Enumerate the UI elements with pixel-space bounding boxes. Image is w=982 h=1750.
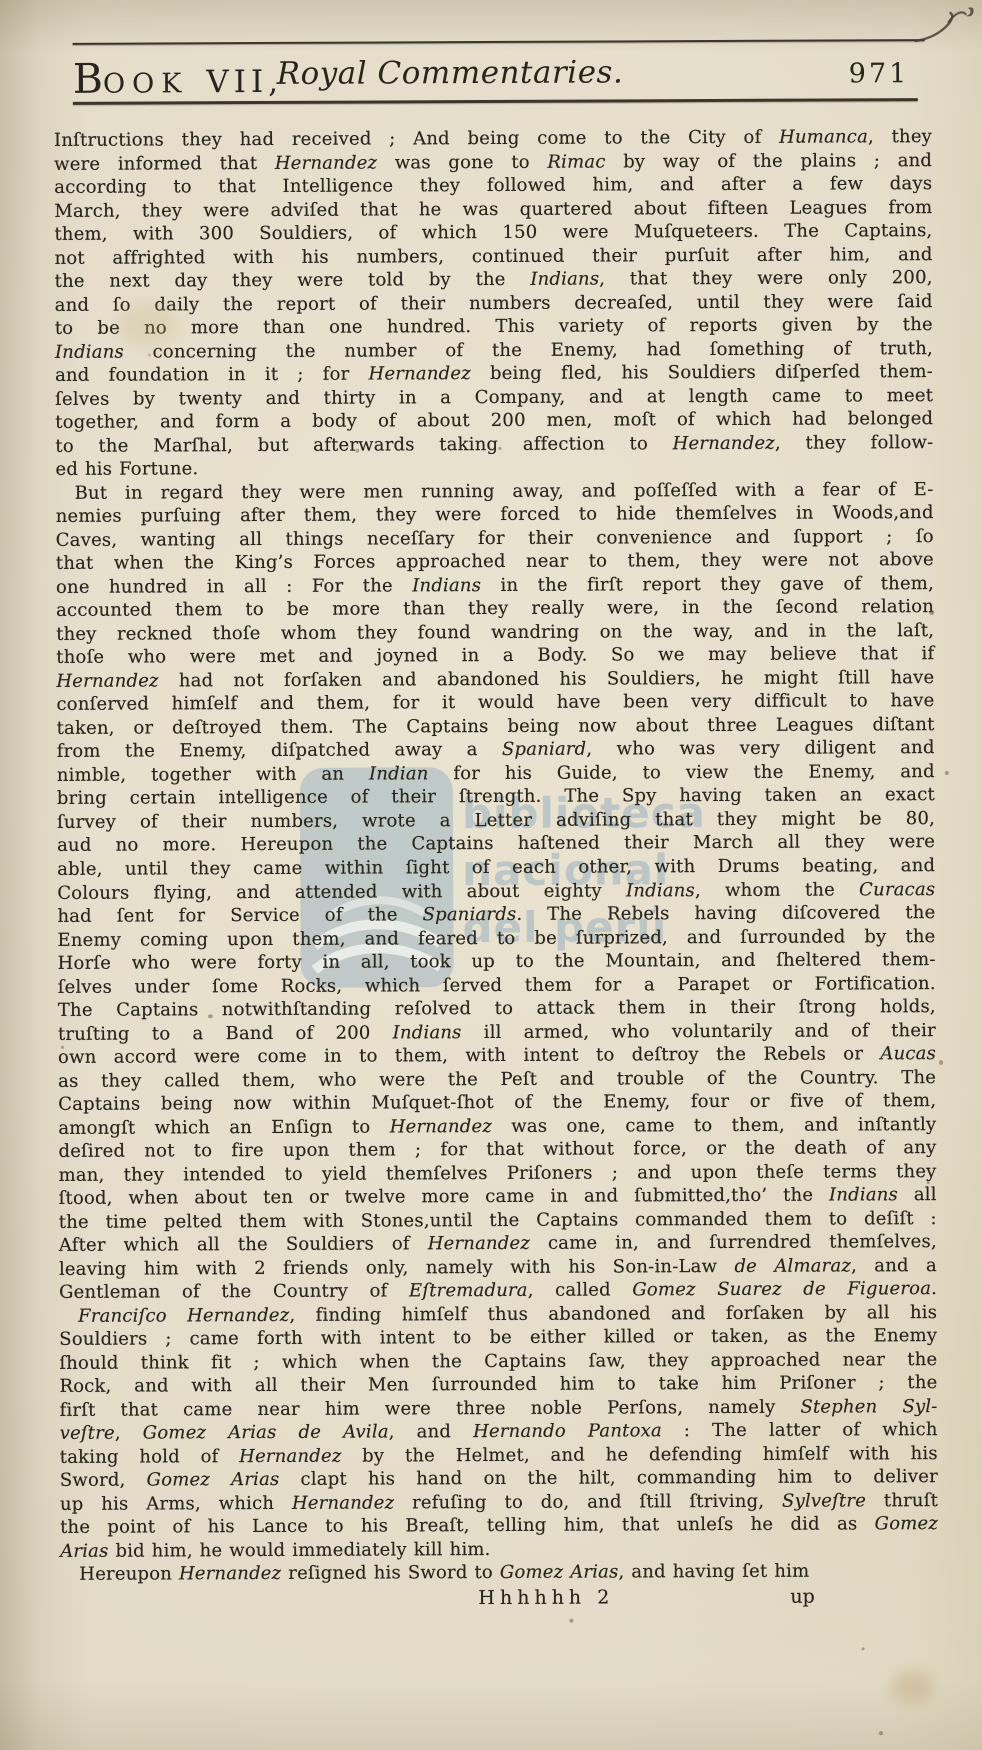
page-header: BOOKVII, Royal Commentaries. 971: [0, 0, 978, 2]
running-title-book: BOOKVII,: [73, 54, 284, 103]
header-rule-top: [73, 39, 925, 45]
fox-spot: [927, 1181, 930, 1184]
text-line: The Captains notwithſtanding reſolved to…: [58, 995, 936, 1022]
text-line: Hereupon Hernandez reſigned his Sword to…: [60, 1560, 938, 1587]
paragraph: Inſtructions they had received ; And bei…: [54, 125, 934, 482]
text-line: together, and form a body of about 200 m…: [55, 407, 933, 434]
text-line: and foundation in it ; for Hernandez bei…: [55, 360, 933, 387]
text-line: had ſent for Service of the Spaniards. T…: [57, 901, 935, 928]
fox-spot: [862, 1647, 865, 1650]
paragraph: But in regard they were men running away…: [56, 478, 938, 1305]
paragraph: Hereupon Hernandez reſigned his Sword to…: [60, 1560, 938, 1587]
text-line: that when the King’s Forces approached n…: [56, 548, 934, 575]
fox-spot: [929, 610, 934, 615]
text-line: own accord were come in to them, with in…: [58, 1042, 936, 1069]
text-line: After which all the Souldiers of Hernand…: [59, 1230, 937, 1257]
text-line: the next day they were told by the India…: [55, 266, 933, 293]
signature-mark: Hhhhhh 2: [478, 1586, 614, 1609]
text-line: nemies purſuing after them, they were fo…: [56, 501, 934, 528]
book-initial: B: [73, 55, 103, 103]
fox-spot: [945, 771, 949, 775]
fox-spot: [939, 1060, 943, 1065]
text-line: to be no more than one hundred. This var…: [55, 313, 933, 340]
fox-spot: [355, 449, 359, 453]
text-line: ſtood, when about ten or twelve more cam…: [59, 1183, 937, 1210]
text-line: the point of his Lance to his Breaſt, te…: [60, 1512, 938, 1539]
text-line: Gentleman of the Country of Eſtremadura,…: [59, 1277, 937, 1304]
catchword: up: [790, 1586, 815, 1608]
page-content: BOOKVII, Royal Commentaries. 971 bibliot…: [0, 0, 982, 1750]
text-line: Horſe who were forty in all, took up to …: [58, 948, 936, 975]
text-line: accounted them to be more than they real…: [56, 595, 934, 622]
text-line: according to that Intelligence they foll…: [54, 172, 932, 199]
text-block: Inſtructions they had received ; And bei…: [54, 125, 938, 1587]
book-page: BOOKVII, Royal Commentaries. 971 bibliot…: [0, 0, 982, 1750]
text-line: them, with 300 Souldiers, of which 150 w…: [54, 219, 932, 246]
text-line: Souldiers ; came forth with intent to be…: [59, 1324, 937, 1351]
fox-spot: [208, 1014, 213, 1018]
book-rest: OOK: [103, 68, 189, 99]
stain-blotch: [118, 301, 178, 347]
flourish-icon: [914, 2, 976, 48]
paragraph: Franciſco Hernandez, finding himſelf thu…: [59, 1301, 938, 1564]
running-title: Royal Commentaries.: [277, 54, 624, 92]
fox-spot: [569, 1619, 573, 1623]
fox-spot: [879, 1731, 883, 1735]
text-line: deſired not to fire upon them ; for that…: [58, 1136, 936, 1163]
page-number: 971: [849, 58, 910, 89]
text-line: Inſtructions they had received ; And bei…: [54, 125, 932, 152]
stain-blotch: [892, 1670, 934, 1704]
fox-spot: [498, 447, 501, 450]
fox-spot: [148, 353, 151, 356]
text-line: to the Marſhal, but afterwards taking af…: [55, 431, 933, 458]
text-line: able, until they came within ſight of ea…: [57, 854, 935, 881]
fox-spot: [61, 1046, 64, 1049]
text-line: Captains being now within Muſquet-ſhot o…: [58, 1089, 936, 1116]
book-number: VII,: [206, 64, 283, 100]
